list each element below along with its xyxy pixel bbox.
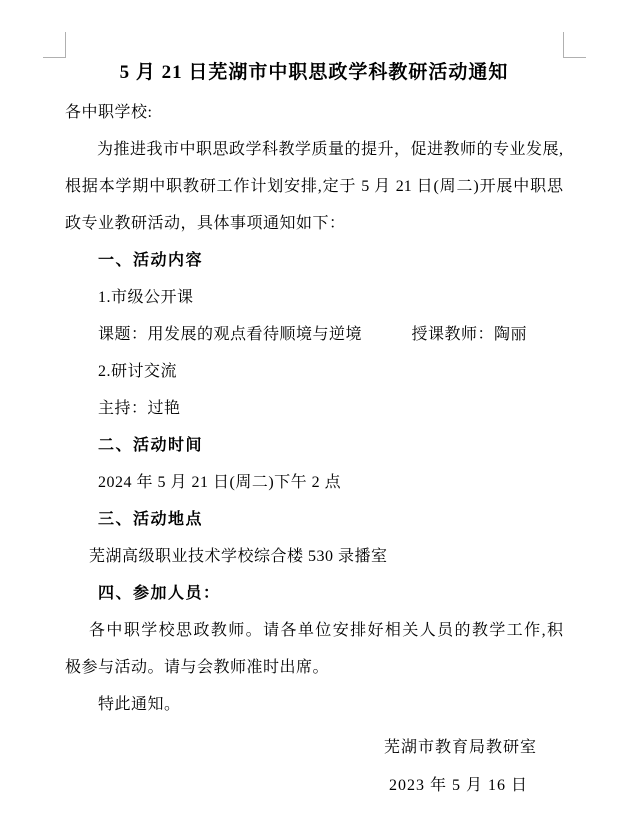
heading-activity-content: 一、活动内容: [98, 251, 203, 271]
doc-line-host: 主持：过艳: [98, 399, 181, 419]
signature-date: 2023 年 5 月 16 日: [389, 776, 528, 796]
heading-activity-place: 三、活动地点: [98, 510, 203, 530]
margin-mark-top-right: [563, 32, 586, 58]
doc-line-salutation: 各中职学校:: [65, 103, 152, 123]
doc-line-intro-3: 政专业教研活动，具体事项通知如下：: [65, 214, 346, 234]
doc-line-participants-1: 各中职学校思政教师。请各单位安排好相关人员的教学工作,积: [89, 621, 563, 641]
doc-line-datetime: 2024 年 5 月 21 日(周二)下午 2 点: [98, 473, 341, 493]
doc-line-intro-2: 根据本学期中职教研工作计划安排,定于 5 月 21 日(周二)开展中职思: [65, 177, 563, 197]
doc-line-open-class: 1.市级公开课: [98, 288, 194, 308]
heading-participants: 四、参加人员：: [98, 584, 221, 604]
signature-org: 芜湖市教育局教研室: [384, 738, 537, 758]
doc-line-closing: 特此通知。: [98, 695, 181, 715]
doc-line-topic: 课题：用发展的观点看待顺境与逆境 授课教师：陶丽: [98, 325, 527, 345]
doc-line-participants-2: 极参与活动。请与会教师准时出席。: [65, 658, 329, 678]
document-title: 5 月 21 日芜湖市中职思政学科教研活动通知: [65, 62, 563, 84]
heading-activity-time: 二、活动时间: [98, 436, 203, 456]
doc-line-intro-1: 为推进我市中职思政学科教学质量的提升，促进教师的专业发展,: [97, 140, 563, 160]
margin-mark-top-left: [43, 32, 66, 58]
document-page: 5 月 21 日芜湖市中职思政学科教研活动通知 各中职学校: 为推进我市中职思政…: [0, 0, 630, 826]
doc-line-discussion: 2.研讨交流: [98, 362, 177, 382]
doc-line-location: 芜湖高级职业技术学校综合楼 530 录播室: [89, 547, 388, 567]
